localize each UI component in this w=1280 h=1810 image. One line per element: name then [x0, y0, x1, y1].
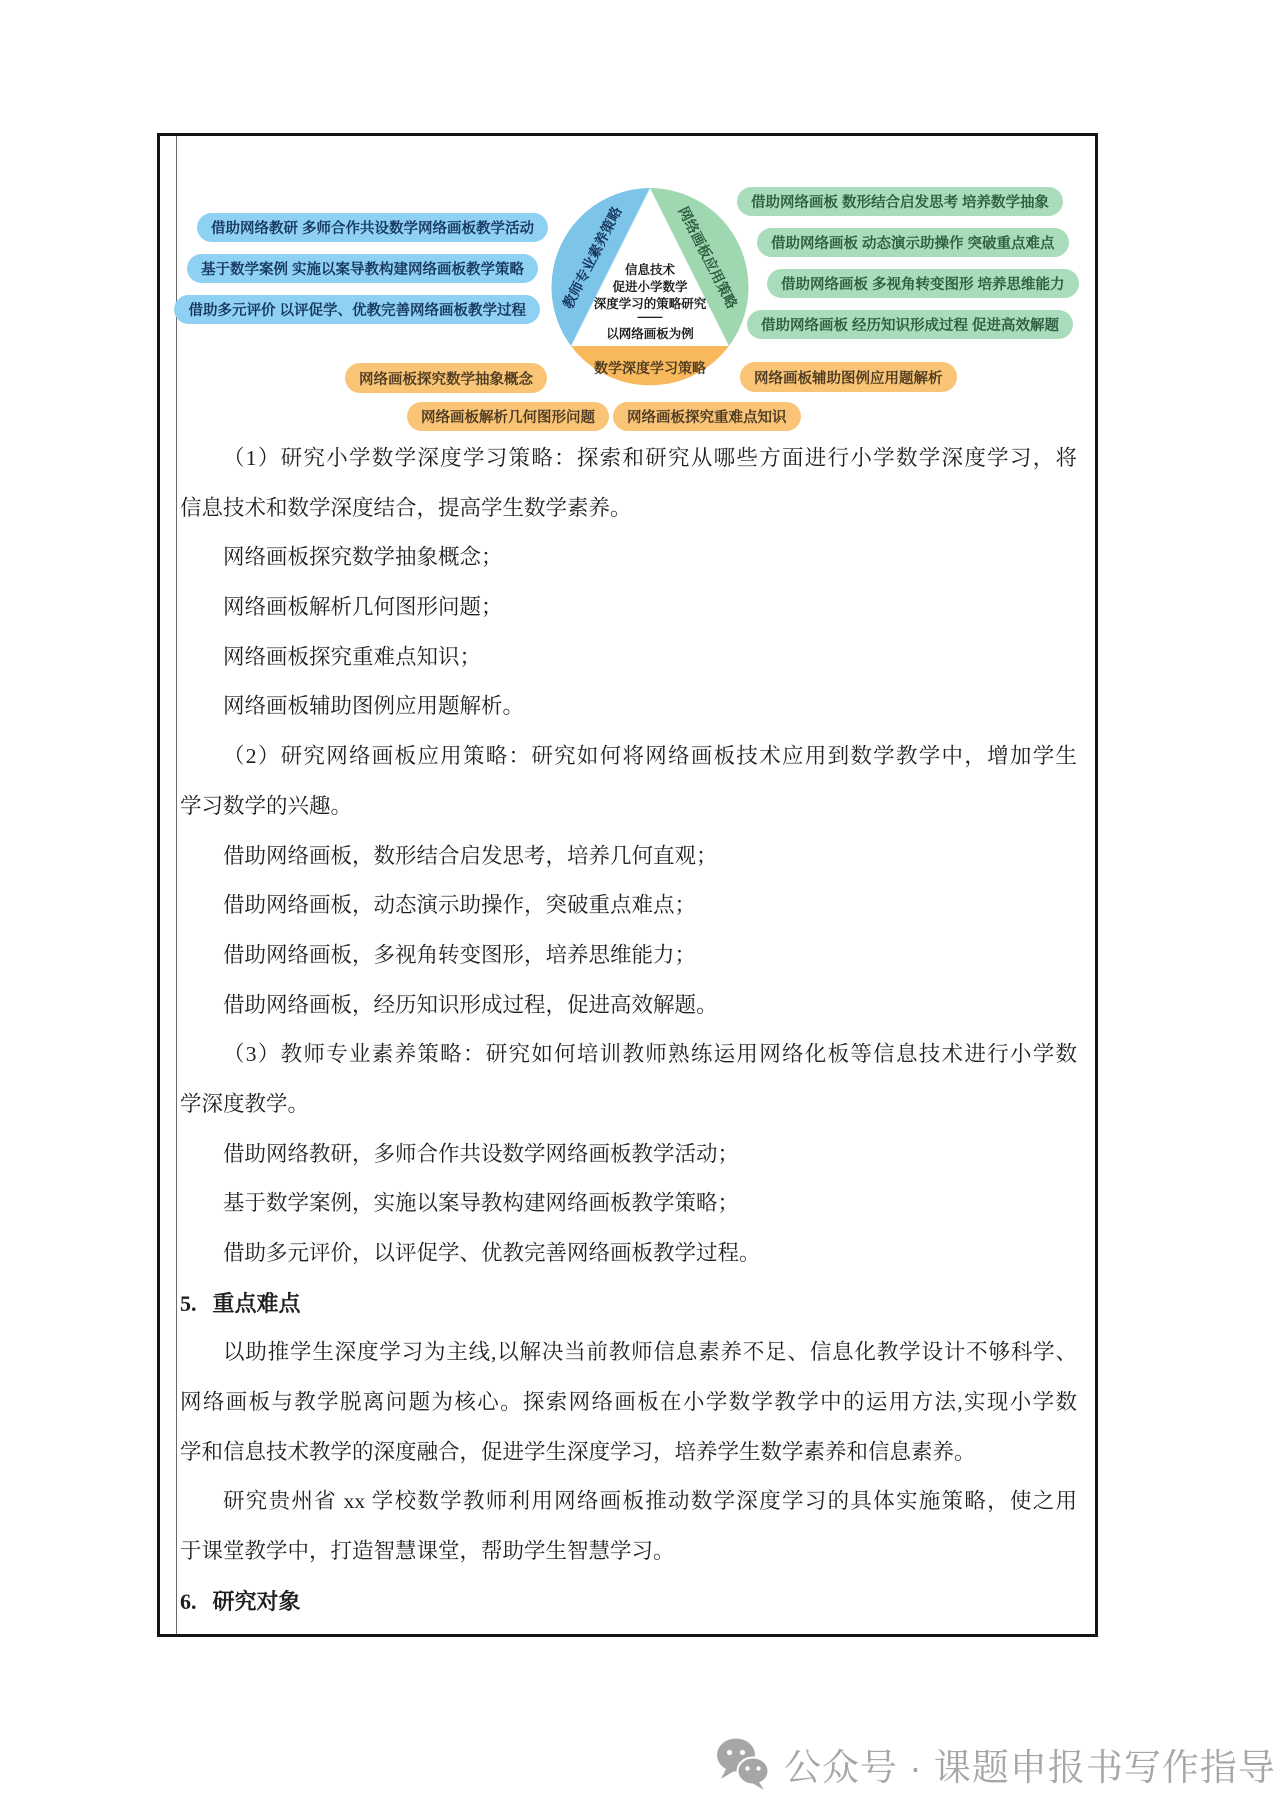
diagram-pill: 网络画板辅助图例应用题解析: [740, 362, 957, 392]
body-line: 基于数学案例，实施以案导教构建网络画板教学策略；: [180, 1179, 1077, 1229]
body-line: 学习数学的兴趣。: [180, 782, 1077, 832]
body-line: 学和信息技术教学的深度融合，促进学生深度学习，培养学生数学素养和信息素养。: [180, 1428, 1077, 1478]
center-title-line: 深度学习的策略研究: [594, 296, 707, 311]
body-line: 借助网络教研，多师合作共设数学网络画板教学活动；: [180, 1130, 1077, 1180]
body-line: 于课堂教学中，打造智慧课堂，帮助学生智慧学习。: [180, 1527, 1077, 1577]
body-line: 学深度教学。: [180, 1080, 1077, 1130]
watermark: 公众号 · 课题申报书写作指导: [715, 1736, 1276, 1792]
bottom-segment-label: 数学深度学习策略: [594, 360, 707, 376]
body-line: 以助推学生深度学习为主线,以解决当前教师信息素养不足、信息化教学设计不够科学、: [180, 1328, 1077, 1378]
body-line: 网络画板探究重难点知识；: [180, 633, 1077, 683]
body-line: 借助网络画板，多视角转变图形，培养思维能力；: [180, 931, 1077, 981]
section-heading-5: 5.重点难点: [180, 1279, 1077, 1329]
body-line: 网络画板与教学脱离问题为核心。探索网络画板在小学数学教学中的运用方法,实现小学数: [180, 1378, 1077, 1428]
watermark-text: 公众号 · 课题申报书写作指导: [784, 1737, 1276, 1791]
body-line: 网络画板解析几何图形问题；: [180, 583, 1077, 633]
body-line: 网络画板探究数学抽象概念；: [180, 533, 1077, 583]
diagram-pill: 借助网络画板 多视角转变图形 培养思维能力: [767, 269, 1079, 298]
body-line: 借助网络画板，经历知识形成过程，促进高效解题。: [180, 981, 1077, 1031]
diagram-pill: 借助网络画板 动态演示助操作 突破重点难点: [757, 228, 1069, 257]
table-cell-divider: [176, 136, 177, 1634]
body-line: 网络画板辅助图例应用题解析。: [180, 682, 1077, 732]
center-title-line: 促进小学数学: [612, 279, 688, 294]
strategy-circle-diagram: 教师专业素养策略 网络画板应用策略 数学深度学习策略 信息技术 促进小学数学 深…: [550, 186, 750, 386]
body-line: 借助网络画板，数形结合启发思考，培养几何直观；: [180, 832, 1077, 882]
body-line: （2）研究网络画板应用策略：研究如何将网络画板技术应用到数学教学中，增加学生: [180, 732, 1077, 782]
diagram-pill: 借助多元评价 以评促学、优教完善网络画板教学过程: [174, 295, 540, 324]
body-text: （1）研究小学数学深度学习策略：探索和研究从哪些方面进行小学数学深度学习，将 信…: [180, 434, 1077, 1627]
diagram-pill: 借助网络教研 多师合作共设数学网络画板教学活动: [197, 213, 548, 242]
center-dash: ——: [638, 310, 664, 324]
diagram-pill: 借助网络画板 数形结合启发思考 培养数学抽象: [737, 187, 1063, 216]
diagram-pill: 借助网络画板 经历知识形成过程 促进高效解题: [747, 310, 1073, 339]
diagram-pill: 基于数学案例 实施以案导教构建网络画板教学策略: [187, 254, 538, 283]
diagram-pill: 网络画板探究重难点知识: [613, 402, 801, 431]
wechat-icon: [715, 1736, 771, 1792]
body-line: 研究贵州省 xx 学校数学教师利用网络画板推动数学深度学习的具体实施策略，使之用: [180, 1477, 1077, 1527]
section-heading-6: 6.研究对象: [180, 1577, 1077, 1627]
body-line: 信息技术和数学深度结合，提高学生数学素养。: [180, 484, 1077, 534]
heading-number: 5.: [180, 1291, 197, 1316]
body-line: 借助多元评价，以评促学、优教完善网络画板教学过程。: [180, 1229, 1077, 1279]
body-line: 借助网络画板，动态演示助操作，突破重点难点；: [180, 881, 1077, 931]
heading-label: 研究对象: [213, 1589, 301, 1614]
document-cell: 借助网络教研 多师合作共设数学网络画板教学活动 基于数学案例 实施以案导教构建网…: [157, 133, 1098, 1637]
center-title-line: 信息技术: [625, 262, 676, 277]
page: 借助网络教研 多师合作共设数学网络画板教学活动 基于数学案例 实施以案导教构建网…: [0, 0, 1280, 1810]
heading-label: 重点难点: [213, 1291, 301, 1316]
heading-number: 6.: [180, 1589, 197, 1614]
body-line: （1）研究小学数学深度学习策略：探索和研究从哪些方面进行小学数学深度学习，将: [180, 434, 1077, 484]
diagram-pill: 网络画板探究数学抽象概念: [345, 363, 547, 393]
body-line: （3）教师专业素养策略：研究如何培训教师熟练运用网络化板等信息技术进行小学数: [180, 1030, 1077, 1080]
center-title-line: 以网络画板为例: [606, 326, 694, 341]
diagram-pill: 网络画板解析几何图形问题: [407, 402, 609, 431]
